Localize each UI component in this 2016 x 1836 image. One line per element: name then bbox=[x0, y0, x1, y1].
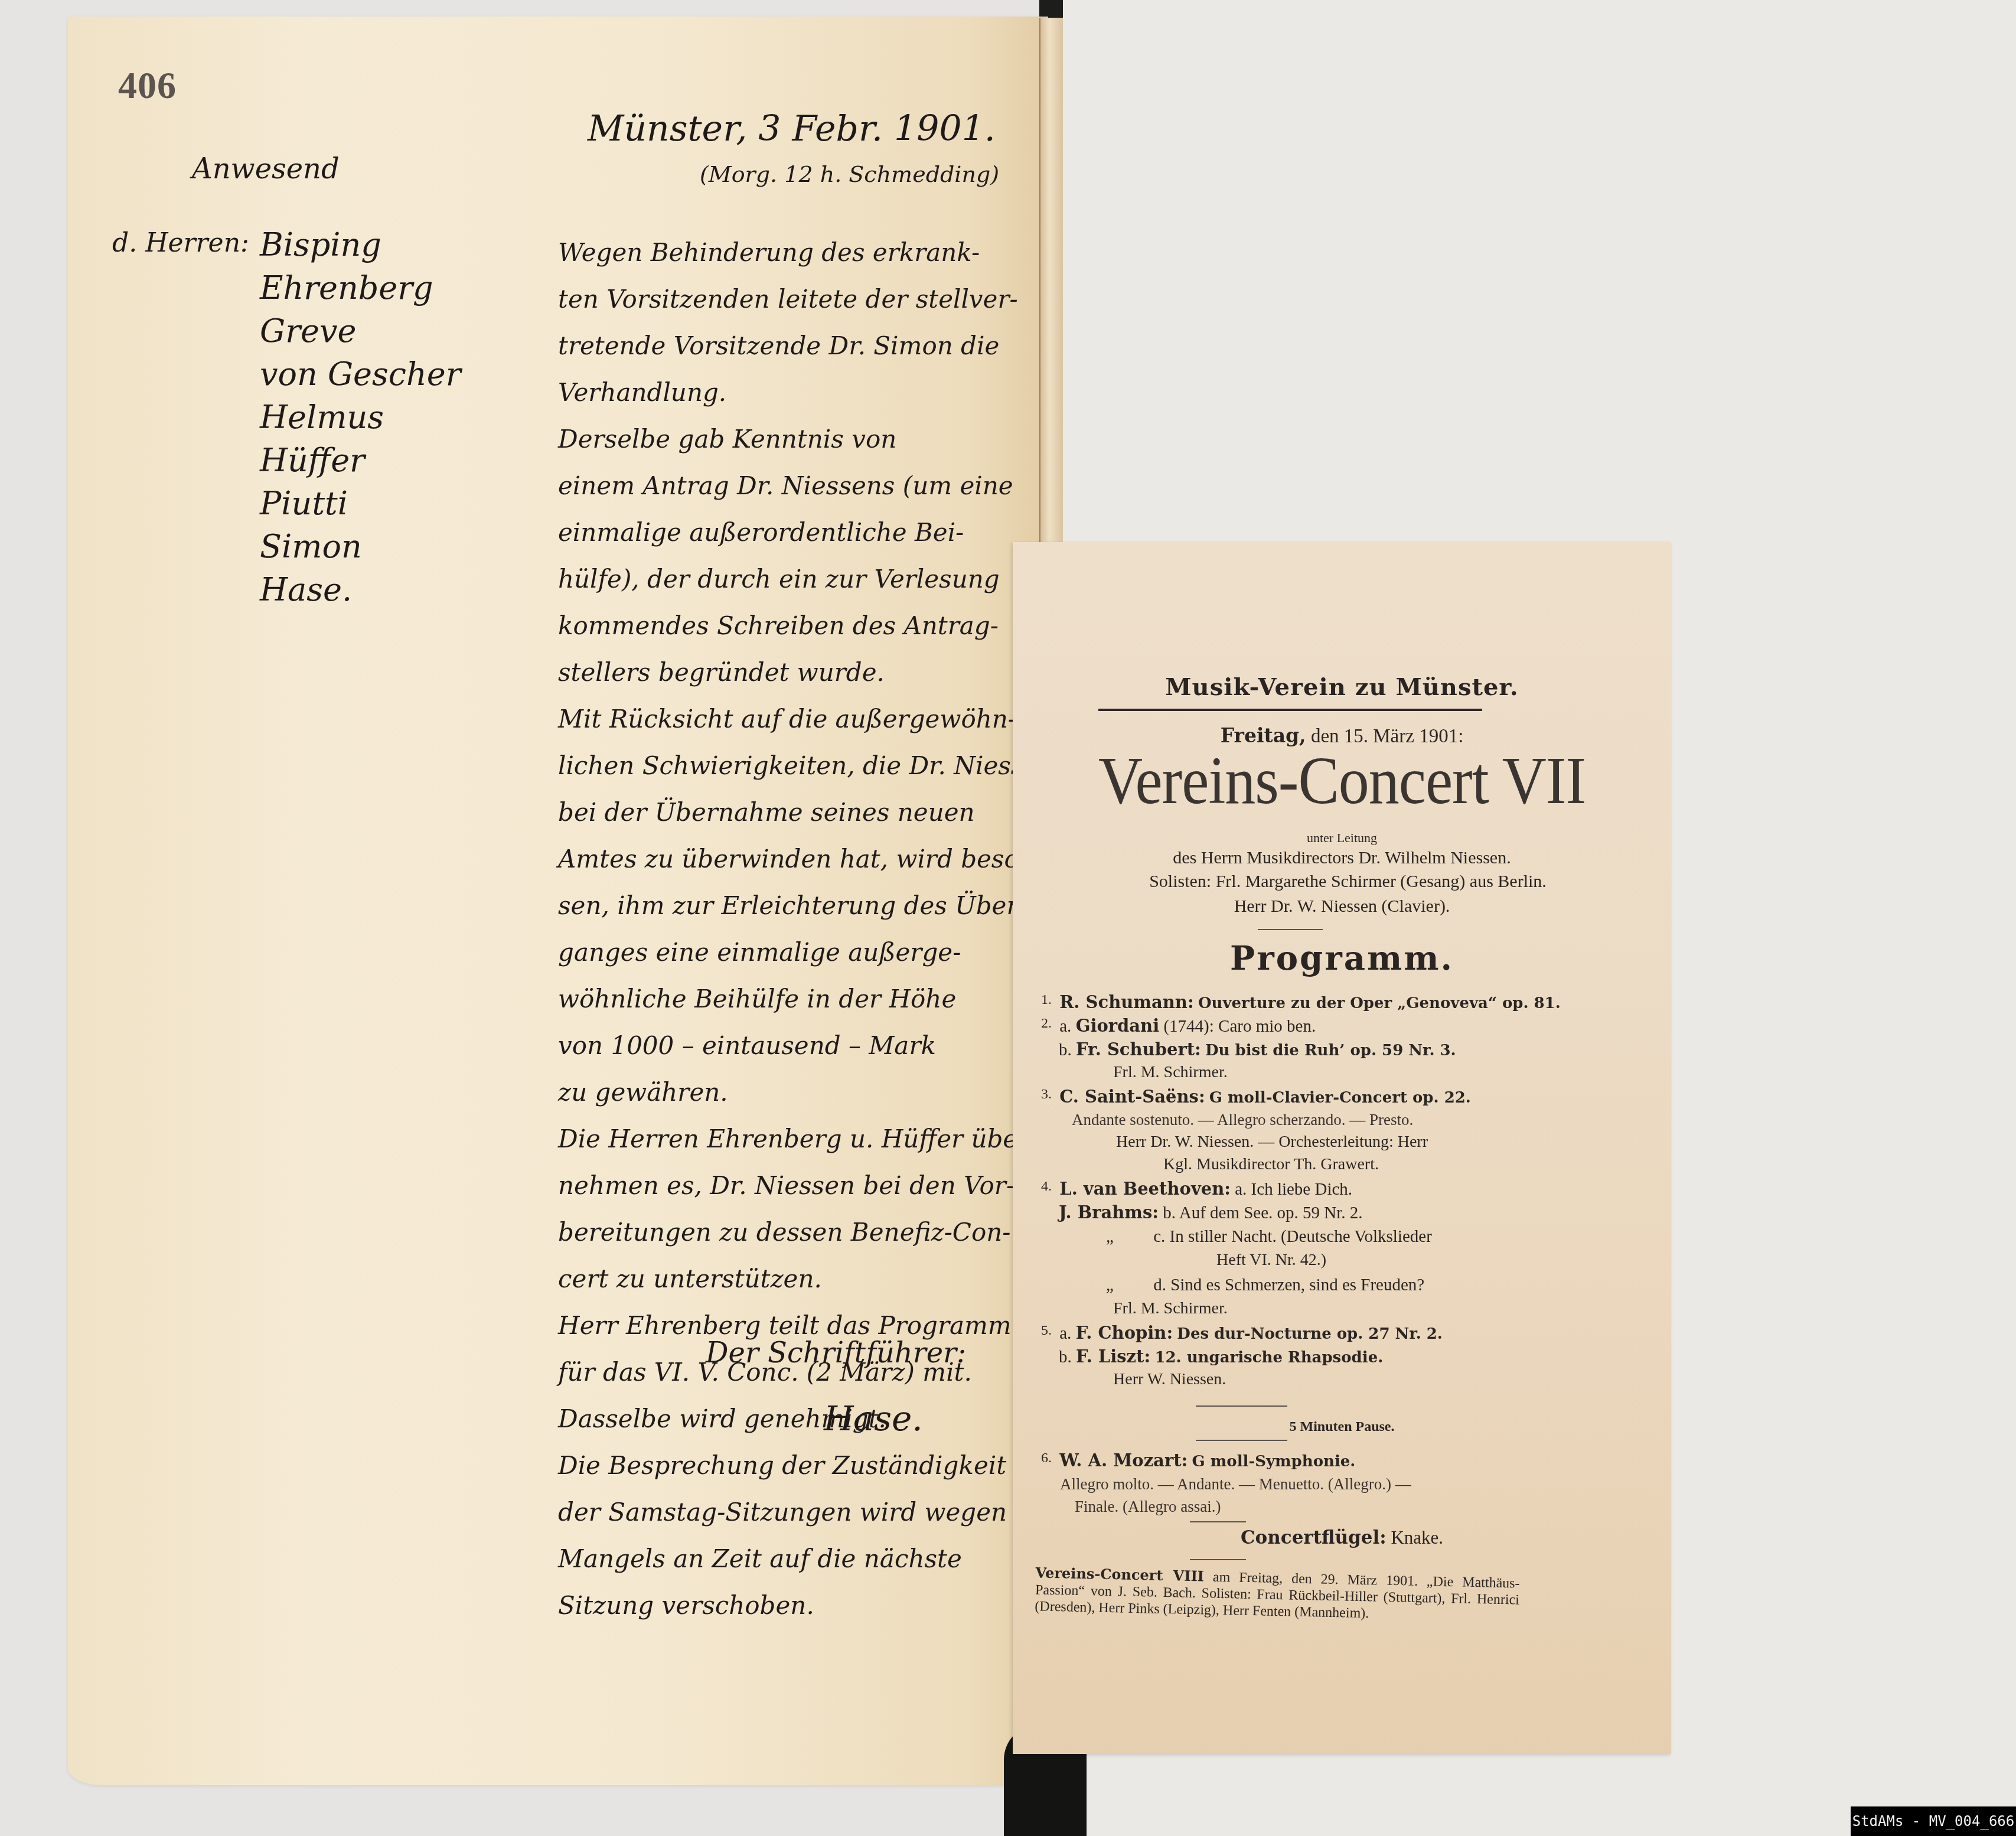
item-number: 2. bbox=[1041, 1016, 1052, 1031]
work: Du bist die Ruh’ op. 59 Nr. 3. bbox=[1205, 1042, 1456, 1059]
divider bbox=[1196, 1440, 1287, 1441]
minutes-line: Wegen Behinderung des erkrank- bbox=[558, 229, 1042, 276]
program-item: 2. a. Giordani (1744): Caro mio ben. bbox=[1041, 1016, 1316, 1036]
minutes-line: lichen Schwierigkeiten, die Dr. Niessen bbox=[558, 742, 1042, 789]
divider bbox=[1258, 929, 1323, 930]
minutes-line: stellers begründet wurde. bbox=[558, 649, 1042, 696]
item-sub: a. bbox=[1059, 1324, 1071, 1343]
ditto-mark: „ bbox=[1106, 1227, 1114, 1246]
composer: J. Brahms: bbox=[1059, 1202, 1159, 1222]
divider bbox=[1190, 1521, 1246, 1522]
piano-maker: Knake. bbox=[1391, 1527, 1443, 1548]
minutes-line: cert zu unterstützen. bbox=[558, 1255, 1042, 1302]
minutes-line: tretende Vorsitzende Dr. Simon die bbox=[558, 322, 1042, 369]
program-item: J. Brahms: b. Auf dem See. op. 59 Nr. 2. bbox=[1059, 1202, 1363, 1223]
minutes-line: hülfe), der durch ein zur Verlesung bbox=[558, 556, 1042, 602]
movements: Andante sostenuto. — Allegro scherzando.… bbox=[1072, 1111, 1413, 1129]
attendee: Greve bbox=[260, 309, 461, 353]
item-number: 1. bbox=[1041, 992, 1052, 1007]
next-concert-notice: Vereins-Concert VIII am Freitag, den 29.… bbox=[1035, 1564, 1520, 1625]
attendee: Hüffer bbox=[260, 439, 461, 482]
archive-label: StdAMs - MV_004_666 bbox=[1851, 1806, 2016, 1836]
minutes-line: kommendes Schreiben des Antrag- bbox=[558, 602, 1042, 649]
ledger-page: 406 Anwesend d. Herren: Bisping Ehrenber… bbox=[68, 17, 1048, 1785]
program-item: 6. W. A. Mozart: G moll-Symphonie. bbox=[1041, 1450, 1355, 1471]
composer: F. Chopin: bbox=[1076, 1323, 1173, 1343]
society-title: Musik-Verein zu Münster. bbox=[1013, 673, 1671, 701]
performer: Herr W. Niessen. bbox=[1113, 1370, 1226, 1389]
attendee: Ehrenberg bbox=[260, 266, 461, 309]
program-item: 1. R. Schumann: Ouverture zu der Oper „G… bbox=[1041, 992, 1561, 1013]
composer: Giordani bbox=[1076, 1016, 1160, 1036]
minutes-line: wöhnliche Beihülfe in der Höhe bbox=[558, 976, 1042, 1022]
program-item: 3. C. Saint-Saëns: G moll-Clavier-Concer… bbox=[1041, 1087, 1471, 1107]
item-sub: b. bbox=[1059, 1348, 1072, 1367]
composer: F. Liszt: bbox=[1076, 1346, 1150, 1367]
minutes-line: Derselbe gab Kenntnis von bbox=[558, 416, 1042, 462]
minutes-line: ganges eine einmalige außerge- bbox=[558, 929, 1042, 976]
conductor-line: des Herrn Musikdirectors Dr. Wilhelm Nie… bbox=[1013, 848, 1671, 868]
piano-label: Concertflügel: bbox=[1241, 1527, 1387, 1548]
attendance-prefix: d. Herren: bbox=[112, 228, 249, 258]
attendee-list: Bisping Ehrenberg Greve von Gescher Helm… bbox=[260, 223, 461, 611]
soloists-line: Solisten: Frl. Margarethe Schirmer (Gesa… bbox=[1025, 872, 1671, 892]
program-item: 4. L. van Beethoven: a. Ich liebe Dich. bbox=[1041, 1179, 1352, 1199]
piano-credit: Concertflügel: Knake. bbox=[1013, 1527, 1671, 1548]
attendance-heading: Anwesend bbox=[192, 152, 340, 185]
item-number: 3. bbox=[1041, 1087, 1052, 1102]
program-item: 5. a. F. Chopin: Des dur-Nocturne op. 27… bbox=[1041, 1323, 1443, 1343]
attendee: Simon bbox=[260, 525, 461, 568]
item-sub: a. bbox=[1059, 1017, 1071, 1036]
program-heading: Programm. bbox=[1013, 939, 1671, 978]
divider bbox=[1196, 1405, 1287, 1407]
performer: Herr Dr. W. Niessen. — Orchesterleitung:… bbox=[1116, 1133, 1428, 1152]
attendee: Hase. bbox=[260, 568, 461, 611]
work: (1744): Caro mio ben. bbox=[1163, 1017, 1316, 1036]
work: G moll-Clavier-Concert op. 22. bbox=[1209, 1089, 1471, 1107]
work: G moll-Symphonie. bbox=[1192, 1453, 1356, 1470]
page-number: 406 bbox=[118, 64, 177, 107]
ditto-mark: „ bbox=[1106, 1276, 1114, 1294]
soloist-line-2: Herr Dr. W. Niessen (Clavier). bbox=[1013, 896, 1671, 917]
minutes-line: der Samstag-Sitzungen wird wegen bbox=[558, 1489, 1042, 1535]
minutes-line: von 1000 – eintausend – Mark bbox=[558, 1022, 1042, 1069]
composer: L. van Beethoven: bbox=[1059, 1179, 1231, 1199]
program-item: „ c. In stiller Nacht. (Deutsche Volksli… bbox=[1106, 1227, 1432, 1247]
minutes-line: sen, ihm zur Erleichterung des Über- bbox=[558, 882, 1042, 929]
work: Des dur-Nocturne op. 27 Nr. 2. bbox=[1177, 1325, 1443, 1343]
place-date-heading: Münster, 3 Febr. 1901. bbox=[588, 108, 996, 149]
minutes-line: Mangels an Zeit auf die nächste bbox=[558, 1535, 1042, 1582]
concert-program: Musik-Verein zu Münster. Freitag, den 15… bbox=[1013, 542, 1671, 1754]
minutes-line: bereitungen zu dessen Benefiz-Con- bbox=[558, 1209, 1042, 1255]
composer: W. A. Mozart: bbox=[1059, 1450, 1188, 1470]
minutes-line: einem Antrag Dr. Niessens (um eine bbox=[558, 462, 1042, 509]
performer: Kgl. Musikdirector Th. Grawert. bbox=[1163, 1155, 1379, 1174]
composer: C. Saint-Saëns: bbox=[1059, 1087, 1205, 1107]
minutes-line: Die Herren Ehrenberg u. Hüffer über- bbox=[558, 1116, 1042, 1162]
item-number: 4. bbox=[1041, 1179, 1052, 1194]
item-sub: b. bbox=[1059, 1041, 1072, 1059]
composer: Fr. Schubert: bbox=[1076, 1039, 1201, 1059]
divider bbox=[1098, 709, 1482, 711]
item-number: 5. bbox=[1041, 1323, 1052, 1338]
attendee: Bisping bbox=[260, 223, 461, 266]
work: d. Sind es Schmerzen, sind es Freuden? bbox=[1153, 1276, 1424, 1294]
work-continuation: Heft VI. Nr. 42.) bbox=[1216, 1251, 1326, 1270]
minutes-line: Amtes zu überwinden hat, wird beschlos- bbox=[558, 836, 1042, 882]
program-item: b. F. Liszt: 12. ungarische Rhapsodie. bbox=[1059, 1346, 1383, 1367]
meeting-note: (Morg. 12 h. Schmedding) bbox=[700, 161, 999, 187]
minutes-line: einmalige außerordentliche Bei- bbox=[558, 509, 1042, 556]
next-concert-title: Vereins-Concert VIII bbox=[1035, 1564, 1204, 1584]
minutes-line: zu gewähren. bbox=[558, 1069, 1042, 1116]
work: c. In stiller Nacht. (Deutsche Volkslied… bbox=[1153, 1227, 1432, 1246]
attendee: Piutti bbox=[260, 482, 461, 525]
minutes-line: bei der Übernahme seines neuen bbox=[558, 789, 1042, 836]
attendee: Helmus bbox=[260, 396, 461, 439]
minutes-line: Die Besprechung der Zuständigkeit bbox=[558, 1442, 1042, 1489]
work: a. Ich liebe Dich. bbox=[1235, 1180, 1352, 1199]
work: 12. ungarische Rhapsodie. bbox=[1154, 1349, 1383, 1367]
concert-title: Vereins-Concert VII bbox=[1013, 742, 1671, 820]
minutes-line: Dasselbe wird genehmigt. bbox=[558, 1395, 1042, 1442]
program-item: b. Fr. Schubert: Du bist die Ruh’ op. 59… bbox=[1059, 1039, 1456, 1060]
movements: Allegro molto. — Andante. — Menuetto. (A… bbox=[1060, 1475, 1411, 1493]
attendee: von Gescher bbox=[260, 353, 461, 396]
minutes-line: nehmen es, Dr. Niessen bei den Vor- bbox=[558, 1162, 1042, 1209]
movements: Finale. (Allegro assai.) bbox=[1075, 1498, 1221, 1516]
under-direction-label: unter Leitung bbox=[1013, 830, 1671, 846]
work: b. Auf dem See. op. 59 Nr. 2. bbox=[1163, 1204, 1362, 1222]
intermission: 5 Minuten Pause. bbox=[1013, 1419, 1671, 1435]
minutes-body: Wegen Behinderung des erkrank- ten Vorsi… bbox=[558, 229, 1042, 1629]
performer: Frl. M. Schirmer. bbox=[1113, 1299, 1228, 1318]
divider bbox=[1190, 1559, 1246, 1560]
work: Ouverture zu der Oper „Genoveva“ op. 81. bbox=[1198, 994, 1561, 1012]
performer: Frl. M. Schirmer. bbox=[1113, 1063, 1228, 1082]
program-item: „ d. Sind es Schmerzen, sind es Freuden? bbox=[1106, 1276, 1424, 1295]
signature-name: Hase. bbox=[824, 1398, 923, 1439]
signature-title: Der Schriftführer: bbox=[706, 1336, 966, 1369]
minutes-line: Verhandlung. bbox=[558, 369, 1042, 416]
minutes-line: ten Vorsitzenden leitete der stellver- bbox=[558, 276, 1042, 322]
composer: R. Schumann: bbox=[1059, 992, 1193, 1012]
item-number: 6. bbox=[1041, 1450, 1052, 1466]
minutes-line: Sitzung verschoben. bbox=[558, 1582, 1042, 1629]
minutes-line: Mit Rücksicht auf die außergewöhn- bbox=[558, 696, 1042, 742]
